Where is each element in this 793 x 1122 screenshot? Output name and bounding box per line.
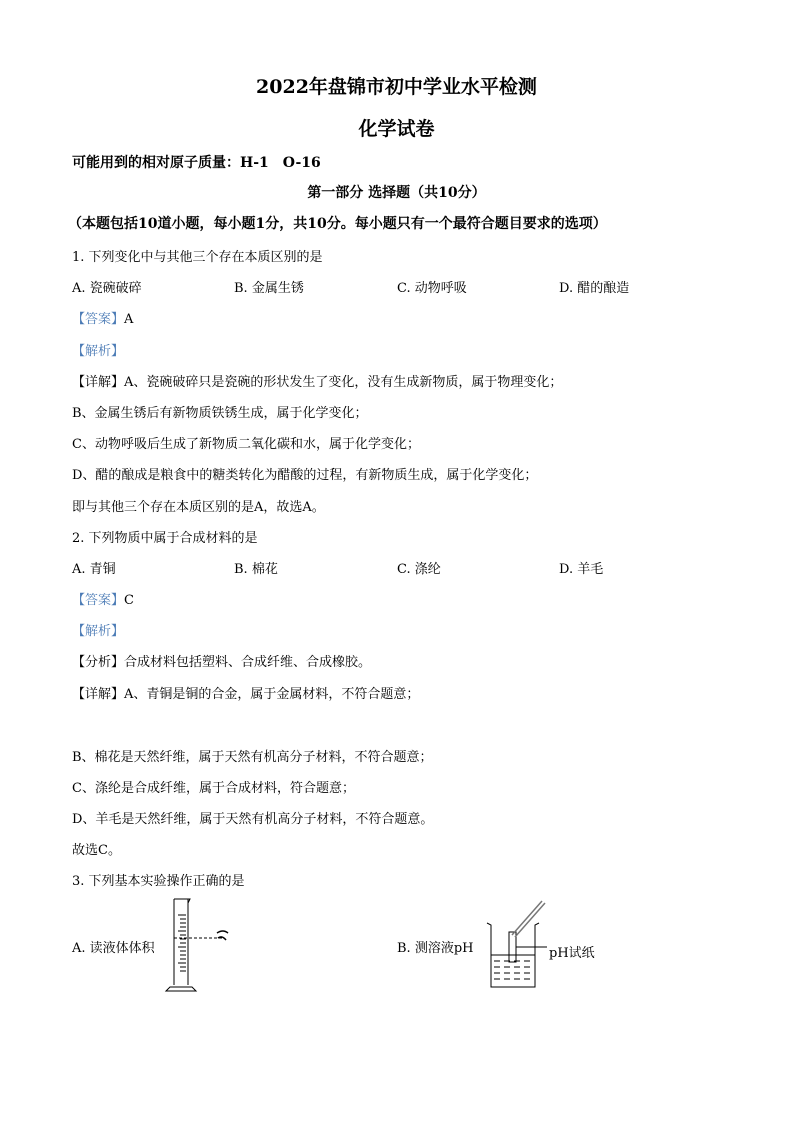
q3-option-a: A. 读液体体积 [72,937,155,956]
q2-answer-value: C [124,593,134,608]
q2-option-d: D. 羊毛 [559,558,603,577]
q3-option-b: B. 测溶液pH [397,937,473,956]
q1-detail-line: D、醋的酿成是粮食中的糖类转化为醋酸的过程，有新物质生成，属于化学变化； [72,464,537,483]
q2-conclusion: 故选C。 [72,839,121,858]
q2-option-c: C. 涤纶 [397,558,441,577]
brief-label: 【分析】 [72,655,124,670]
q2-option-b: B. 棉花 [234,558,278,577]
atomic-mass-note: 可能用到的相对原子质量：H-1 O-16 [72,152,321,172]
q2-detail-line: D、羊毛是天然纤维，属于天然有机高分子材料，不符合题意。 [72,808,433,827]
q1-option-a: A. 瓷碗破碎 [72,277,142,296]
part-note: （本题包括10道小题，每小题1分，共10分。每小题只有一个最符合题目要求的选项） [68,213,607,233]
q3-stem: 3. 下列基本实验操作正确的是 [72,870,245,889]
q1-detail-line: C、动物呼吸后生成了新物质二氧化碳和水，属于化学变化； [72,433,420,452]
q1-stem: 1. 下列变化中与其他三个存在本质区别的是 [72,246,323,265]
q2-detail: 【详解】A、青铜是铜的合金，属于金属材料，不符合题意； [72,683,419,702]
detail-label: 【详解】 [72,375,124,390]
graduated-cylinder-figure [160,895,240,995]
answer-label: 【答案】 [72,312,124,327]
exam-title: 2022年盘锦市初中学业水平检测 [0,72,793,99]
q2-option-a: A. 青铜 [72,558,116,577]
document-page: 2022年盘锦市初中学业水平检测 化学试卷 可能用到的相对原子质量：H-1 O-… [0,0,793,1122]
q2-brief: 【分析】合成材料包括塑料、合成纤维、合成橡胶。 [72,651,371,670]
q1-answer: 【答案】A [72,308,133,327]
q1-option-d: D. 醋的酿造 [559,277,629,296]
q1-answer-value: A [124,312,133,327]
q2-detail-line: B、棉花是天然纤维，属于天然有机高分子材料，不符合题意； [72,746,433,765]
part-title: 第一部分 选择题（共10分） [0,182,793,202]
q1-conclusion: 即与其他三个存在本质区别的是A，故选A。 [72,496,325,515]
q1-option-b: B. 金属生锈 [234,277,304,296]
q1-analysis-label: 【解析】 [72,340,124,359]
detail-label: 【详解】 [72,687,124,702]
q2-answer: 【答案】C [72,589,134,608]
q2-detail-line: C、涤纶是合成纤维，属于合成材料，符合题意； [72,777,355,796]
exam-subtitle: 化学试卷 [0,114,793,141]
q1-option-c: C. 动物呼吸 [397,277,467,296]
q1-detail: 【详解】A、瓷碗破碎只是瓷碗的形状发生了变化，没有生成新物质，属于物理变化； [72,371,562,390]
q2-analysis-label: 【解析】 [72,620,124,639]
answer-label: 【答案】 [72,593,124,608]
q2-stem: 2. 下列物质中属于合成材料的是 [72,527,258,546]
ph-paper-label: pH试纸 [549,942,595,961]
q1-detail-line: B、金属生锈后有新物质铁锈生成，属于化学变化； [72,402,368,421]
